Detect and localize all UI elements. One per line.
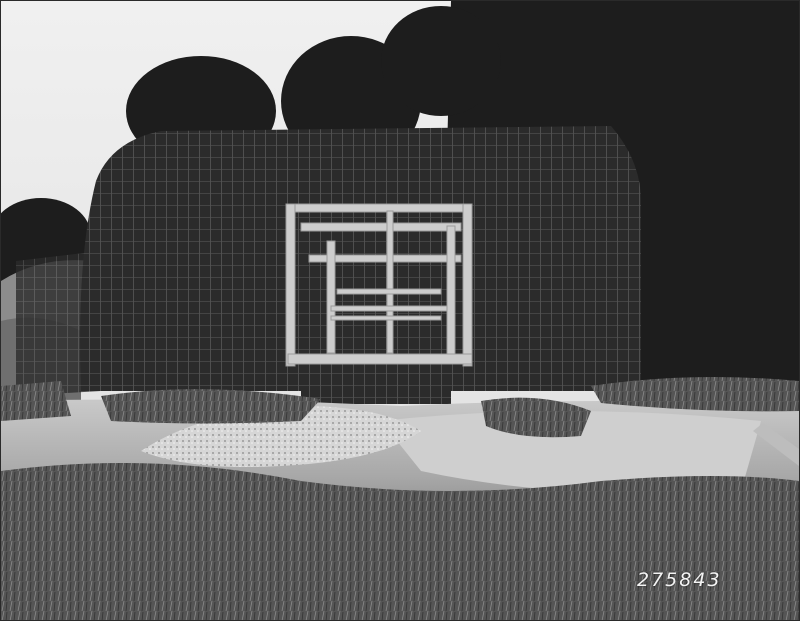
photo-frame: 275843	[0, 0, 800, 621]
construction-site-photo	[1, 1, 799, 620]
negative-number: 275843	[637, 569, 722, 591]
foundation-rebar	[301, 366, 451, 404]
